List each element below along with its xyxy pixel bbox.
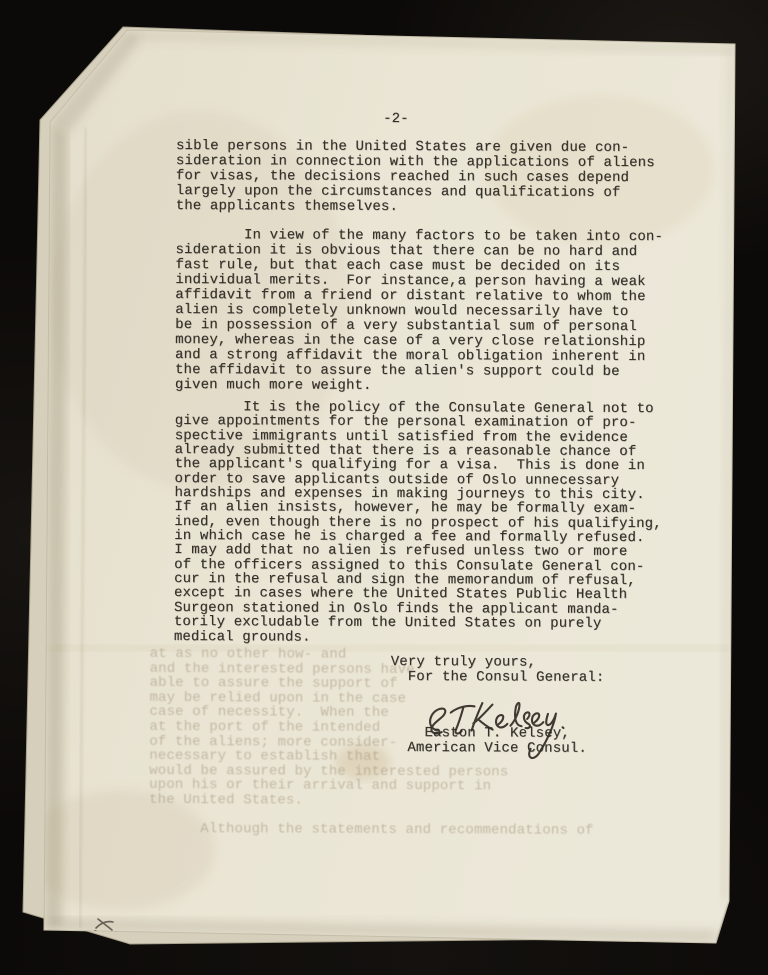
signature-period xyxy=(563,727,564,728)
signature-K-leg xyxy=(478,719,493,731)
closing-valediction: Very truly yours, For the Consul General… xyxy=(391,655,605,686)
paragraph-1: sible persons in the United States are g… xyxy=(176,139,655,216)
signature-s xyxy=(524,712,530,728)
signature-E xyxy=(429,708,446,733)
typed-text-layer: at as no other how- and and the interest… xyxy=(0,0,768,975)
signature-e2 xyxy=(532,713,544,726)
signature-T-stem xyxy=(454,707,464,734)
photograph-backdrop: at as no other how- and and the interest… xyxy=(0,0,768,975)
signature-K-arm xyxy=(472,705,493,724)
paragraph-2: In view of the many factors to be taken … xyxy=(175,228,663,395)
page-number: -2- xyxy=(383,112,409,127)
signature-handwritten xyxy=(421,695,571,771)
signature-l xyxy=(509,703,521,727)
paragraph-3: It is the policy of the Consulate Genera… xyxy=(174,400,662,646)
signature-e1 xyxy=(496,715,508,728)
